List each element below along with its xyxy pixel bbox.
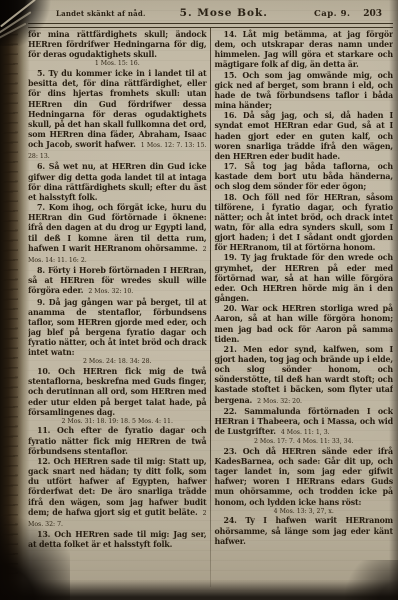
verse-paragraph: 11. Och efter de fyratio dagar och fyrat…	[28, 426, 207, 456]
running-title: Landet skänkt af nåd.	[56, 9, 146, 18]
verse-paragraph: 24. Ty I hafwen warit HERranom ohörsamme…	[215, 516, 394, 546]
verse-paragraph: 17. Så tog jag båda taflorna, och kastad…	[215, 162, 394, 192]
shadow-overlay-bottom-right	[338, 560, 398, 600]
text-columns: för mina rättfärdighets skull; ändock HE…	[28, 28, 393, 587]
verse-paragraph: 22. Sammalunda förtörnaden I ock HERran …	[215, 407, 394, 438]
book-photo: Landet skänkt af nåd. 5. Mose Bok. Cap. …	[0, 0, 398, 600]
cross-reference: 4 Mos. 13: 3, 27, x.	[215, 508, 394, 517]
verse-paragraph: 10. Och HERren fick mig de twå stentaflo…	[28, 367, 207, 418]
verse-paragraph: för mina rättfärdighets skull; ändock HE…	[28, 30, 207, 60]
text-column-left: för mina rättfärdighets skull; ändock HE…	[28, 28, 210, 587]
adjacent-page-text-fragments	[1, 34, 18, 575]
verse-paragraph: 7. Kom ihog, och förgät icke, huru du HE…	[28, 203, 207, 266]
verse-paragraph: 23. Och då HERren sände eder ifrå KadesB…	[215, 447, 394, 508]
cross-reference: 2 Mos. 32: 10.	[83, 288, 133, 295]
cross-reference: 2 Mos. 17: 7. 4 Mos. 11: 33, 34.	[215, 438, 394, 447]
cross-reference: 1 Mos. 12: 7. 13: 15. 28: 13.	[28, 142, 207, 160]
verse-paragraph: 14. Låt mig betämma, at jag förgör dem, …	[215, 30, 394, 71]
text-column-right: 14. Låt mig betämma, at jag förgör dem, …	[211, 28, 394, 587]
shadow-overlay-right	[389, 0, 398, 600]
verse-paragraph: 6. Så wet nu, at HERren din Gud icke gif…	[28, 162, 207, 203]
chapter-label: Cap. 9.	[314, 9, 351, 19]
cross-reference: 2 Mos. 24: 18. 34: 28.	[28, 358, 207, 367]
verse-paragraph: 15. Och som jag omwände mig, och gick ne…	[215, 71, 394, 112]
book-title: 5. Mose Bok.	[180, 7, 268, 19]
verse-paragraph: 16. Då såg jag, och si, då haden I synda…	[215, 111, 394, 162]
verse-paragraph: 5. Ty du kommer icke in i landet til at …	[28, 69, 207, 162]
cross-reference: 2 Mos. 14: 11. 16: 2.	[28, 246, 207, 264]
cross-reference: 4 Mos. 11: 1, 3.	[276, 429, 330, 436]
page-header: Landet skänkt af nåd. 5. Mose Bok. Cap. …	[30, 7, 392, 22]
verse-paragraph: 18. Och föll ned för HERran, såsom tilfö…	[215, 193, 394, 254]
page-edge-line	[0, 0, 36, 27]
verse-paragraph: 21. Men edor synd, kalfwen, som I gjort …	[215, 345, 394, 407]
verse-paragraph: 8. Förty i Horeb förtörnaden I HERran, s…	[28, 266, 207, 297]
page-curl	[0, 0, 54, 46]
cross-reference: 2 Mos. 31: 18. 19: 18. 5 Mos. 4: 11.	[28, 418, 207, 427]
verse-paragraph: 19. Ty jag fruktade för den wrede och gr…	[215, 253, 394, 304]
cross-reference: 1 Mos. 15: 16.	[28, 60, 207, 69]
page-number: 203	[363, 9, 382, 19]
page-edge-line	[0, 23, 26, 41]
verse-paragraph: 9. Då jag gången war på berget, til at a…	[28, 298, 207, 359]
verse-paragraph: 20. War ock HERren storliga wred på Aaro…	[215, 304, 394, 345]
cross-reference: 2 Mos. 32: 20.	[252, 398, 302, 405]
shadow-overlay-bottom-left	[0, 510, 70, 600]
